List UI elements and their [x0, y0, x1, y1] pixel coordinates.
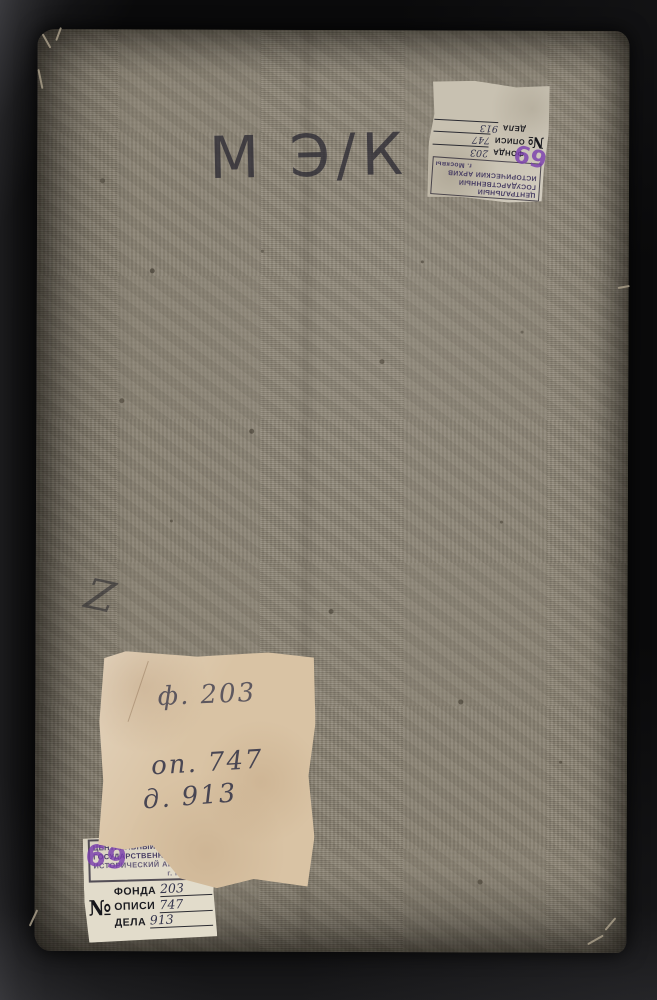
field-value-handwritten: 747	[433, 132, 491, 145]
field-value-handwritten: 747	[159, 897, 213, 913]
handwritten-delo: д. 913	[142, 778, 239, 815]
field-label: ФОНДА	[114, 884, 157, 897]
number-sign: №	[88, 895, 111, 921]
field-label: ДЕЛА	[502, 123, 526, 134]
archive-field-rows: ФОНДА 203 ОПИСИ 747 ДЕЛА 913	[432, 117, 526, 161]
field-value-handwritten: 203	[432, 144, 489, 157]
cover-speckles	[38, 29, 41, 32]
field-label: ДЕЛА	[115, 916, 147, 929]
field-row-opis: ОПИСИ 747	[114, 897, 212, 913]
archive-label-top: ЦЕНТРАЛЬНЫЙ ГОСУДАРСТВЕННЫЙ ИСТОРИЧЕСКИЙ…	[425, 78, 552, 205]
handwritten-opis: оп. 747	[150, 745, 264, 782]
handwritten-cover-mark: М Э/К	[208, 120, 409, 193]
archive-field-rows: ФОНДА 203 ОПИСИ 747 ДЕЛА 913	[114, 882, 213, 931]
edge-scribble-mark: Z	[81, 569, 120, 623]
field-label: ОПИСИ	[114, 900, 155, 913]
frayed-thread	[55, 27, 62, 41]
frayed-thread	[37, 69, 43, 89]
frayed-thread	[587, 935, 604, 946]
field-row-delo: ДЕЛА 913	[115, 912, 213, 928]
frayed-thread	[42, 34, 52, 49]
field-value-handwritten: 913	[150, 912, 213, 928]
field-row-fond: ФОНДА 203	[114, 882, 212, 898]
photo-archival-file-cover: М Э/К Z ЦЕНТРАЛЬНЫЙ ГОСУДАРСТВЕННЫЙ ИСТО…	[0, 0, 657, 1000]
frayed-thread	[618, 285, 630, 289]
handwritten-fond: ф. 203	[157, 678, 257, 712]
frayed-thread	[605, 917, 617, 931]
archive-fields: № ФОНДА 203 ОПИСИ 747 ДЕЛА 913	[84, 880, 217, 931]
paper-crack	[128, 661, 149, 722]
